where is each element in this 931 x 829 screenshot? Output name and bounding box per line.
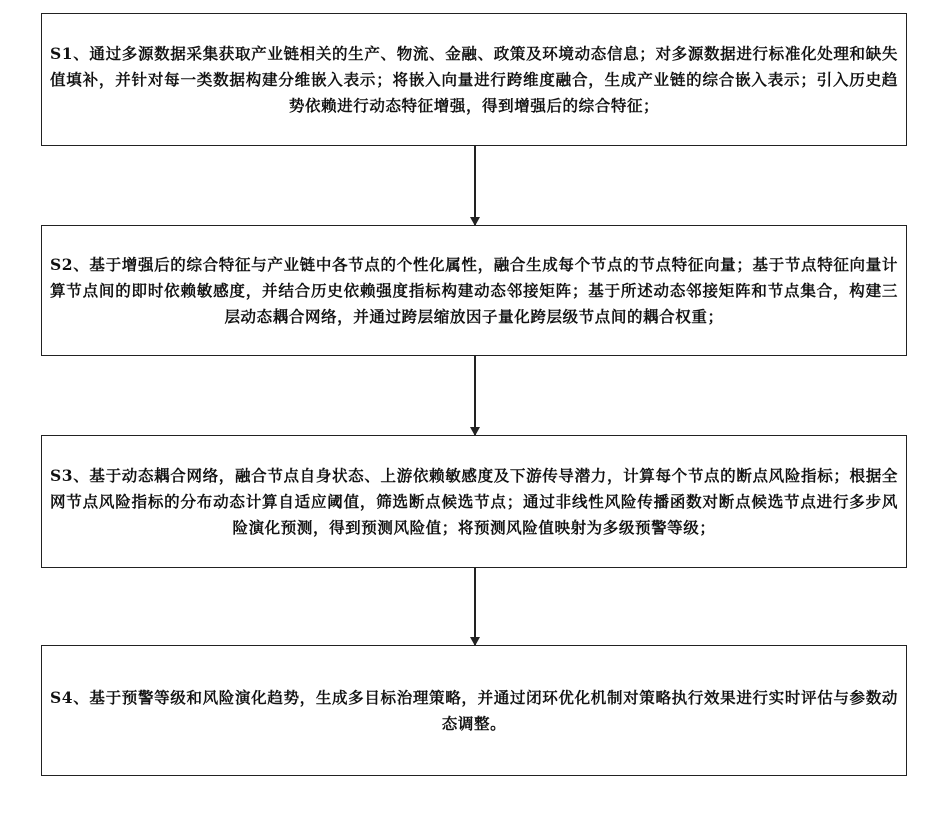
- arrow-s2-to-s3: [474, 356, 476, 435]
- step-text-s3: S3、基于动态耦合网络，融合节点自身状态、上游依赖敏感度及下游传导潜力，计算每个…: [50, 463, 898, 541]
- step-text-s4: S4、基于预警等级和风险演化趋势，生成多目标治理策略，并通过闭环优化机制对策略执…: [50, 685, 898, 737]
- step-text-s1: S1、通过多源数据采集获取产业链相关的生产、物流、金融、政策及环境动态信息；对多…: [50, 41, 898, 119]
- step-box-s3: S3、基于动态耦合网络，融合节点自身状态、上游依赖敏感度及下游传导潜力，计算每个…: [41, 435, 907, 568]
- step-box-s1: S1、通过多源数据采集获取产业链相关的生产、物流、金融、政策及环境动态信息；对多…: [41, 13, 907, 146]
- arrow-s1-to-s2: [474, 146, 476, 225]
- step-box-s2: S2、基于增强后的综合特征与产业链中各节点的个性化属性，融合生成每个节点的节点特…: [41, 225, 907, 356]
- arrow-s3-to-s4: [474, 568, 476, 645]
- step-text-s2: S2、基于增强后的综合特征与产业链中各节点的个性化属性，融合生成每个节点的节点特…: [50, 252, 898, 330]
- step-box-s4: S4、基于预警等级和风险演化趋势，生成多目标治理策略，并通过闭环优化机制对策略执…: [41, 645, 907, 776]
